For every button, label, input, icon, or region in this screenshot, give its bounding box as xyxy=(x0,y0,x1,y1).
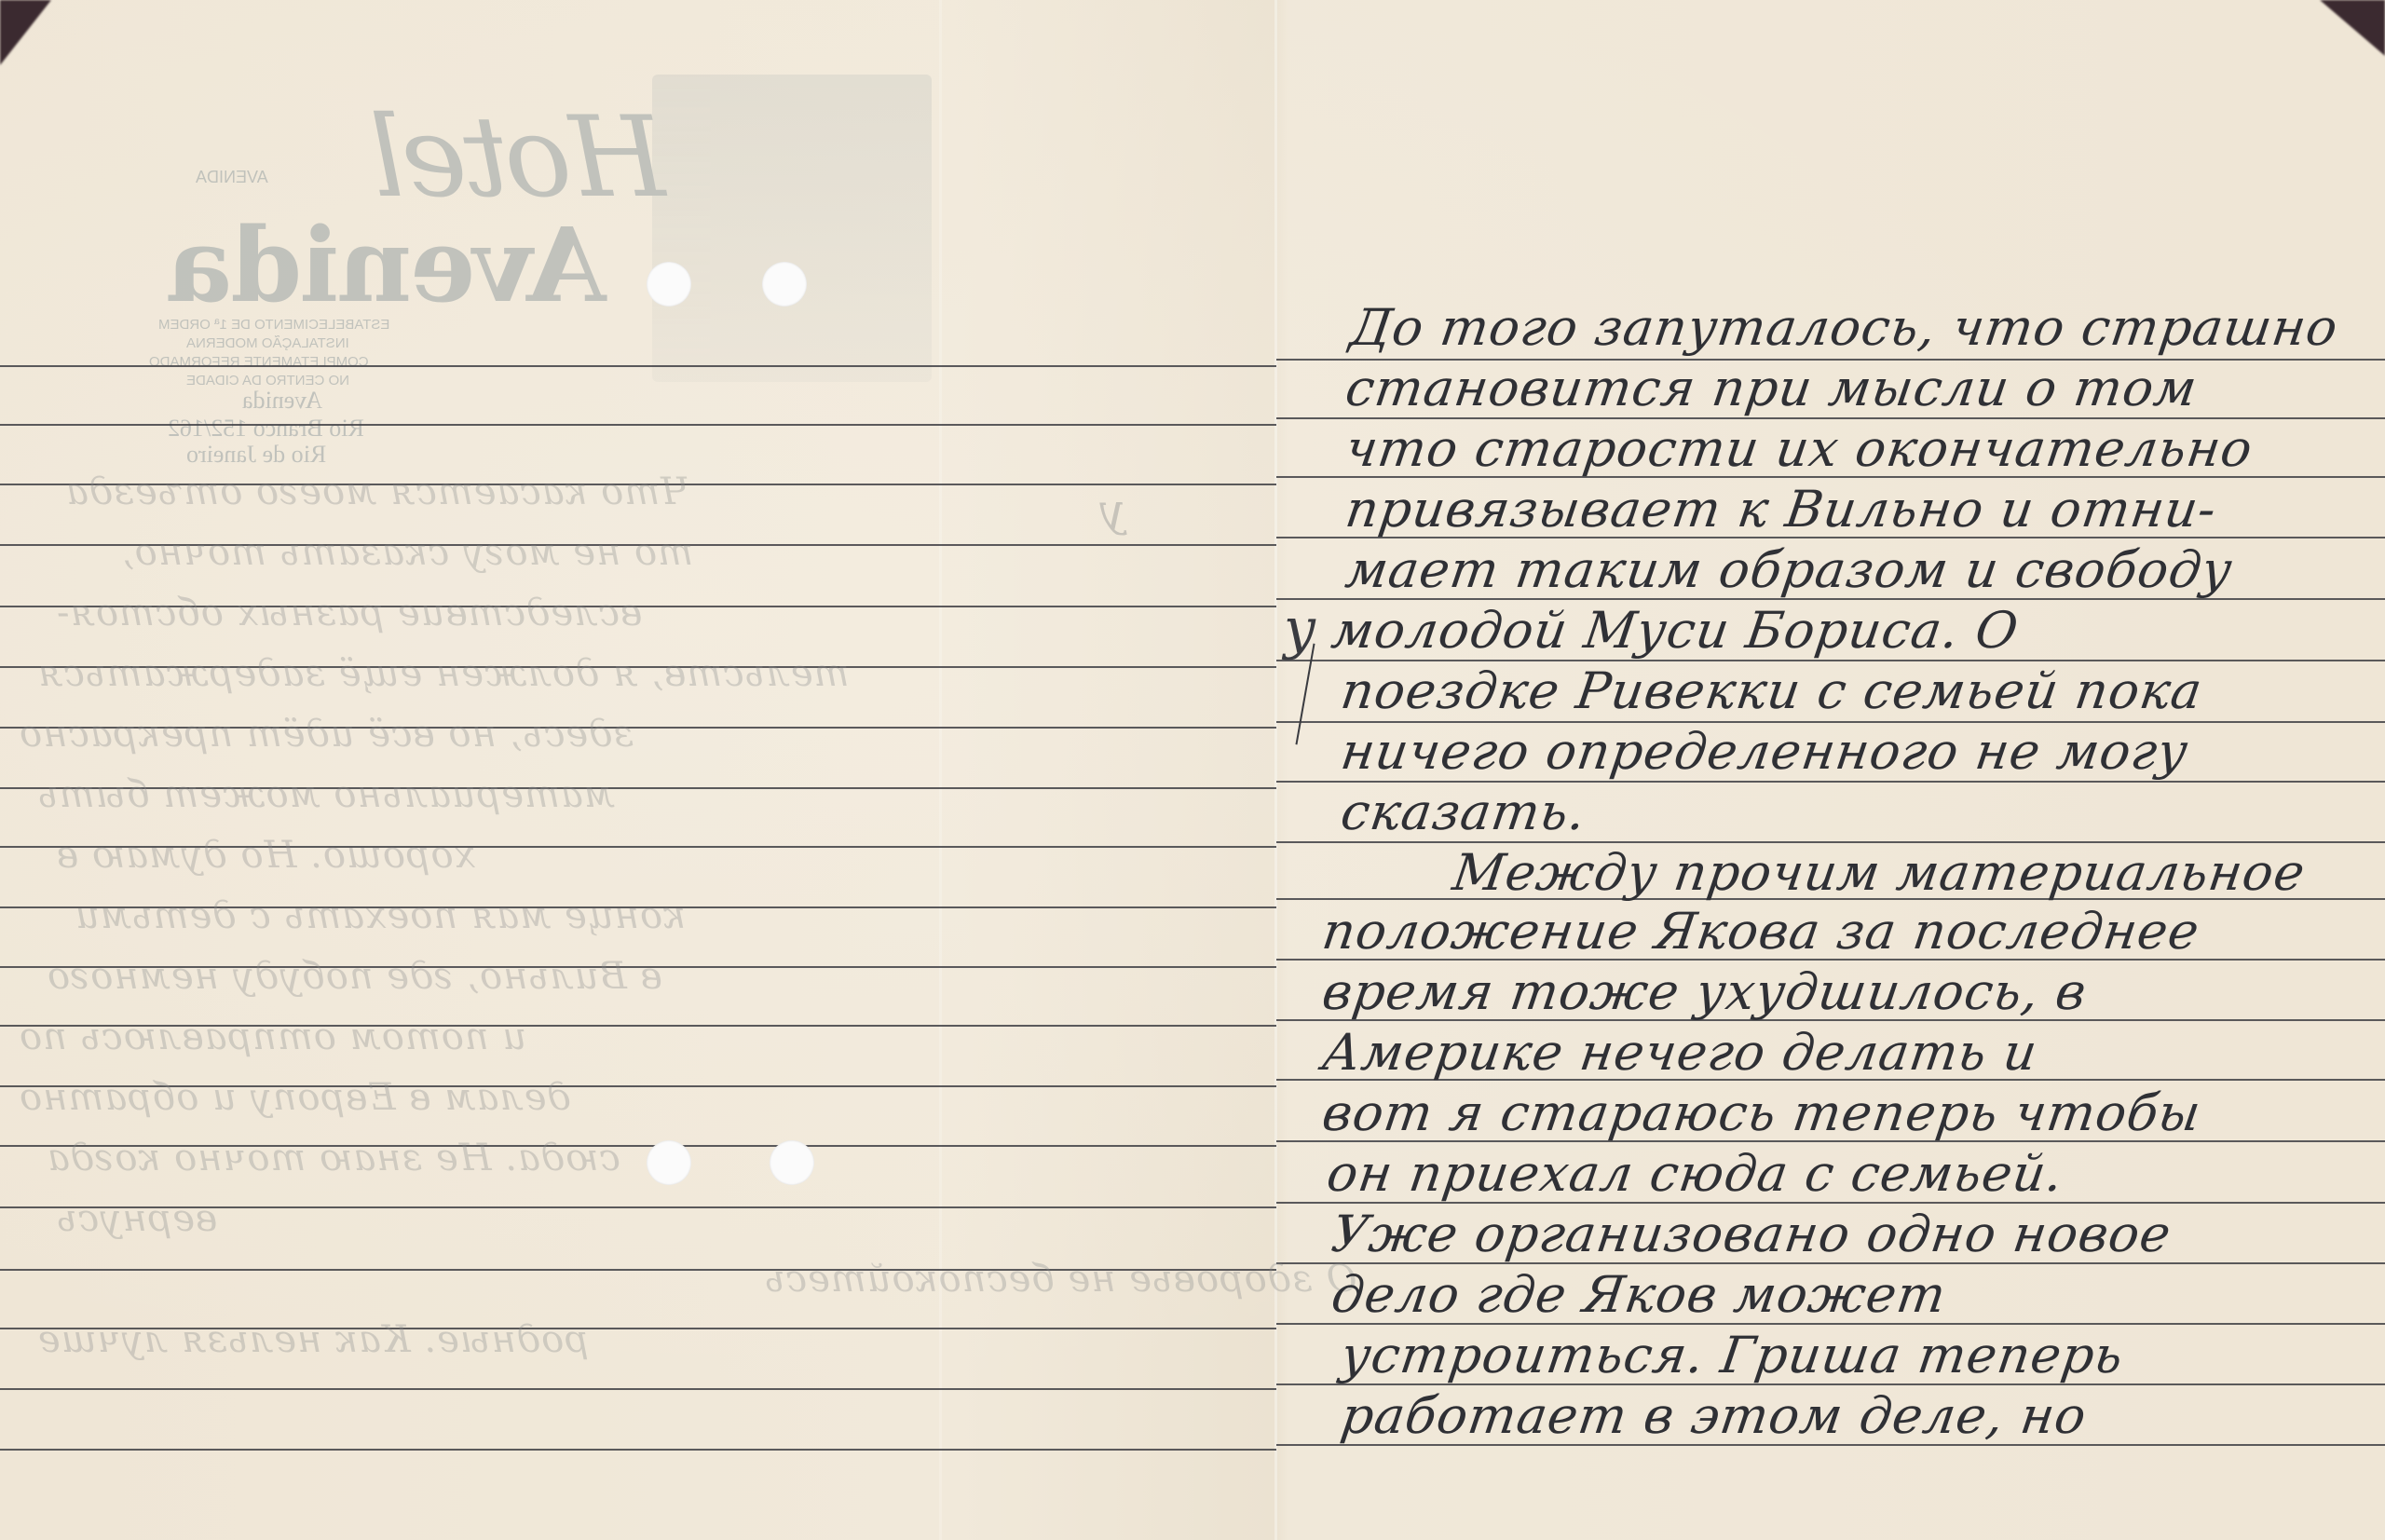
bleed-line: делам в Европу и обратно xyxy=(19,1076,571,1119)
handwritten-line: положение Якова за последнее xyxy=(1319,902,2203,961)
scan-corner-shadow-right xyxy=(2320,0,2385,56)
letterhead-address: Rio Branco 152/162 xyxy=(168,415,364,443)
bleed-line: хорошо. Но думаю в xyxy=(56,834,475,877)
handwritten-line: Между прочим материальное xyxy=(1450,843,2310,902)
letterhead-avenida: Avenida xyxy=(168,205,606,325)
bleed-line: родные. Как нельзя лучше xyxy=(37,1318,589,1361)
punch-hole xyxy=(770,1140,814,1185)
bleed-line: Что касается моего отъезда xyxy=(65,470,689,513)
handwritten-line: До того запуталось, что страшно xyxy=(1347,298,2342,357)
scan-corner-shadow-left xyxy=(0,0,51,65)
bleed-line: здесь, но всё идёт прекрасно xyxy=(19,713,634,756)
bleed-line: и потом отправлюсь по xyxy=(19,1015,526,1058)
handwritten-line: время тоже ухудшилось, в xyxy=(1319,962,2091,1021)
letterhead-hotel: Hotel xyxy=(373,93,666,223)
handwritten-line: становится при мысли о том xyxy=(1342,359,2201,417)
handwritten-line: привязывает к Вильно и отни- xyxy=(1342,480,2221,538)
handwritten-line: Уже организовано одно новое xyxy=(1329,1205,2175,1263)
letterhead-small-line: NO CENTRO DA CIDADE xyxy=(186,373,349,388)
handwritten-line: устроиться. Гриша теперь xyxy=(1338,1326,2128,1384)
letterhead-small-line: INSTALAÇÃO MODERNA xyxy=(186,335,349,351)
handwritten-line: Америке нечего делать и xyxy=(1319,1023,2042,1082)
punch-hole xyxy=(762,262,807,307)
letterhead-small-line: COMPLETAMENTE REFORMADO xyxy=(149,354,369,370)
handwritten-line: мает таким образом и свободу xyxy=(1342,540,2237,599)
fold-crease xyxy=(1274,0,1277,1540)
bleed-margin-mark: у xyxy=(1099,484,1125,537)
handwritten-line: что старости их окончательно xyxy=(1342,419,2256,478)
handwritten-line: молодой Муси Бориса. О xyxy=(1329,601,2023,660)
bleed-line: материально может быть xyxy=(37,773,615,816)
letterhead-bleed: Hotel Avenida AVENIDA ESTABELECIMENTO DE… xyxy=(130,56,950,457)
punch-hole xyxy=(647,1140,691,1185)
bleed-line: вернусь xyxy=(56,1197,217,1240)
handwritten-line: он приехал сюда с семьей. xyxy=(1324,1144,2067,1203)
hotel-building-illustration xyxy=(652,75,932,382)
handwritten-line: поездке Ривекки с семьей пока xyxy=(1338,661,2206,720)
bleed-line: сюда. Не знаю точно когда xyxy=(47,1137,620,1179)
letterhead-small-top: AVENIDA xyxy=(196,168,268,187)
bleed-line: конце мая поехать с детьми xyxy=(75,894,686,937)
bleed-line: в Вильно, где побуду немного xyxy=(47,955,662,998)
letterhead-address: Rio de Janeiro xyxy=(186,441,326,469)
letterhead-address: Avenida xyxy=(242,387,322,415)
letterhead-small-line: ESTABELECIMENTO DE 1ª ORDEM xyxy=(158,317,389,333)
bleed-line: то не могу сказать точно, xyxy=(121,531,693,574)
bleed-line: О здоровье не беспокойтесь xyxy=(764,1258,1356,1301)
handwritten-line: вот я стараюсь теперь чтобы xyxy=(1319,1083,2205,1142)
bleed-line: вследствие разных обстоя- xyxy=(56,592,642,634)
bleed-line: тельств, я должен ещё задержаться xyxy=(37,652,850,695)
punch-hole xyxy=(647,262,691,307)
fold-crease-left xyxy=(939,0,942,1540)
handwritten-line: сказать. xyxy=(1338,783,1590,841)
handwritten-line: работает в этом деле, но xyxy=(1338,1386,2091,1445)
handwritten-line: ничего определенного не могу xyxy=(1338,722,2192,781)
letter-sheet: Hotel Avenida AVENIDA ESTABELECIMENTO DE… xyxy=(0,0,2385,1540)
handwritten-line: дело где Яков может xyxy=(1329,1265,1951,1324)
